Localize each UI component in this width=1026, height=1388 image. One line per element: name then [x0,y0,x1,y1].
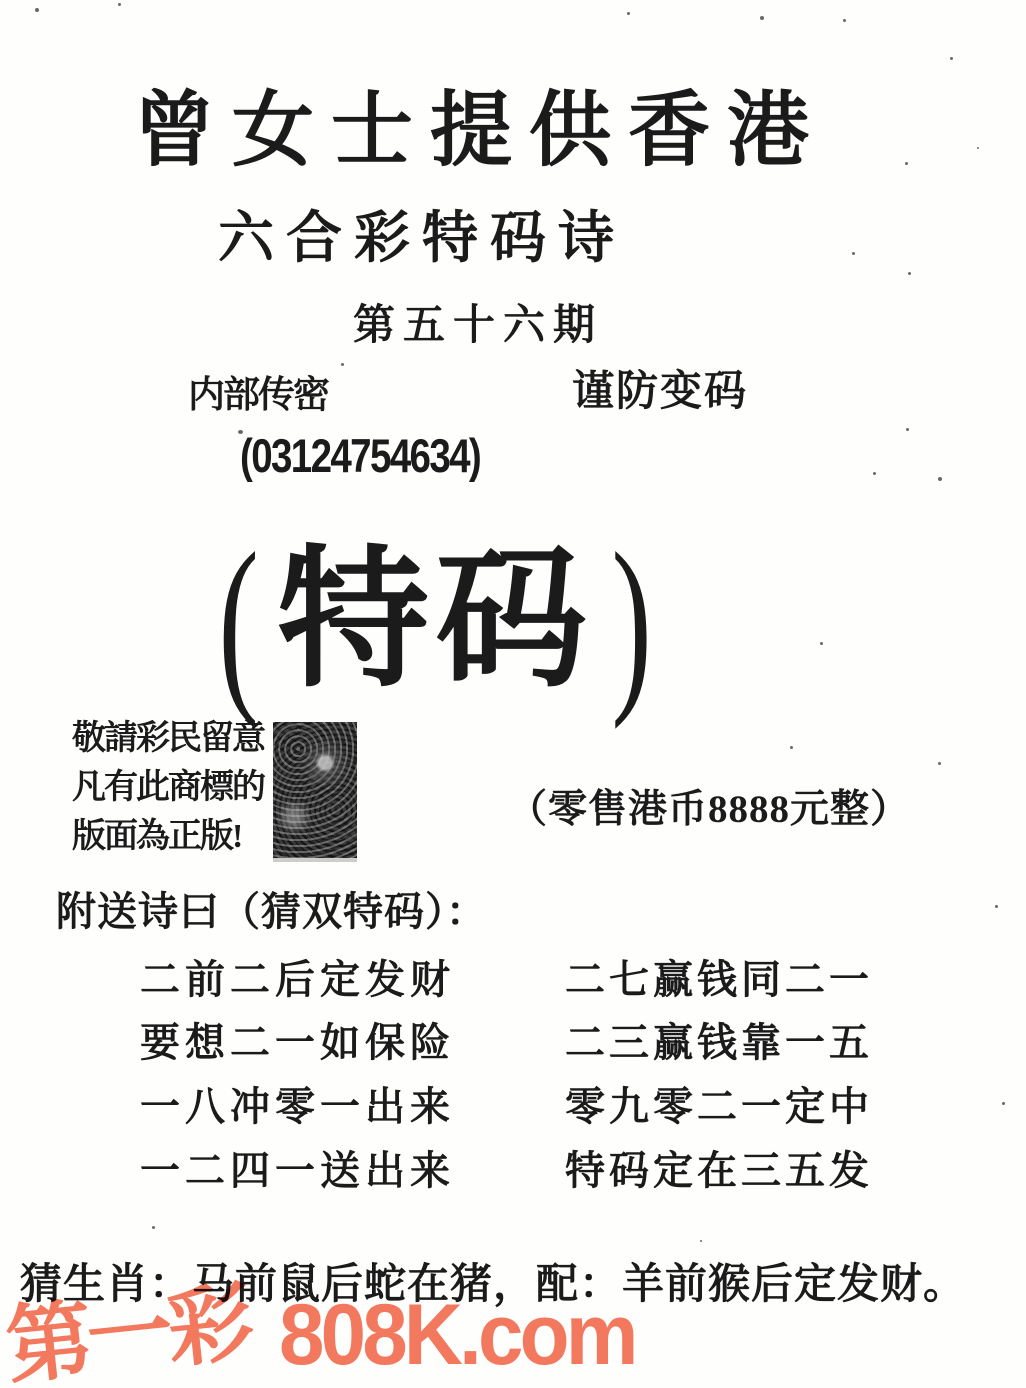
noise-speck [905,162,908,165]
poem-line-right-3: 零九零二一定中 [565,1075,873,1132]
authenticity-notice-line: 凡有此商標的 [72,763,264,812]
noise-speck [843,19,846,22]
noise-speck [950,57,953,60]
page-title: 曾女士提供香港 [133,86,826,176]
noise-speck [906,428,909,431]
noise-speck [995,905,998,908]
noise-speck [938,477,942,481]
noise-speck [627,12,630,15]
noise-speck [790,746,793,749]
authenticity-notice-line: 敬請彩民留意 [72,714,264,763]
noise-speck [118,3,121,6]
poem-line-left-3: 一八冲零一出来 [140,1075,455,1132]
noise-speck [908,272,911,275]
poem-line-left-1: 二前二后定发财 [140,948,455,1005]
poem-line-left-2: 要想二一如保险 [140,1011,455,1068]
site-watermark: 第一彩 808K.com [6,1292,653,1378]
open-paren: ( [218,524,258,720]
code-number: (03124754634) [240,428,480,483]
confidential-label: 内部传密 [188,364,328,418]
noise-speck [820,642,823,645]
watermark-brand: 第一彩 [2,1280,253,1388]
noise-speck [700,1240,702,1242]
special-code-banner: ( 特码 ) [206,524,665,720]
noise-speck [238,430,243,434]
authenticity-notice-line: 版面為正版! [72,812,264,861]
poem-line-right-2: 二三赢钱靠一五 [565,1011,873,1068]
poem-line-left-4: 一二四一送出来 [140,1139,455,1196]
watermark-site-url: 808K.com [279,1292,635,1378]
noise-speck [1002,1102,1005,1105]
issue-number: 第五十六期 [353,292,603,352]
authenticity-notice: 敬請彩民留意 凡有此商標的 版面為正版! [72,714,264,861]
scanned-lottery-flyer: 曾女士提供香港 六合彩特码诗 第五十六期 内部传密 谨防变码 (03124754… [0,0,1026,1388]
noise-speck [341,363,344,366]
page-subtitle: 六合彩特码诗 [218,194,626,274]
noise-speck [760,16,764,20]
warning-label: 谨防变码 [572,358,748,418]
noise-speck [152,1226,155,1229]
poem-header: 附送诗曰（猜双特码）： [56,880,487,937]
close-paren: ) [612,524,652,720]
noise-speck [977,147,979,149]
poem-line-right-4: 特码定在三五发 [565,1139,873,1196]
special-code-text: 特码 [277,538,593,705]
trademark-stamp-icon [273,722,357,858]
noise-speck [938,762,941,765]
price-label: （零售港币8888元整） [508,778,910,834]
poem-line-right-1: 二七赢钱同二一 [565,948,873,1005]
noise-speck [873,472,876,475]
noise-speck [35,8,39,12]
noise-speck [852,252,855,255]
